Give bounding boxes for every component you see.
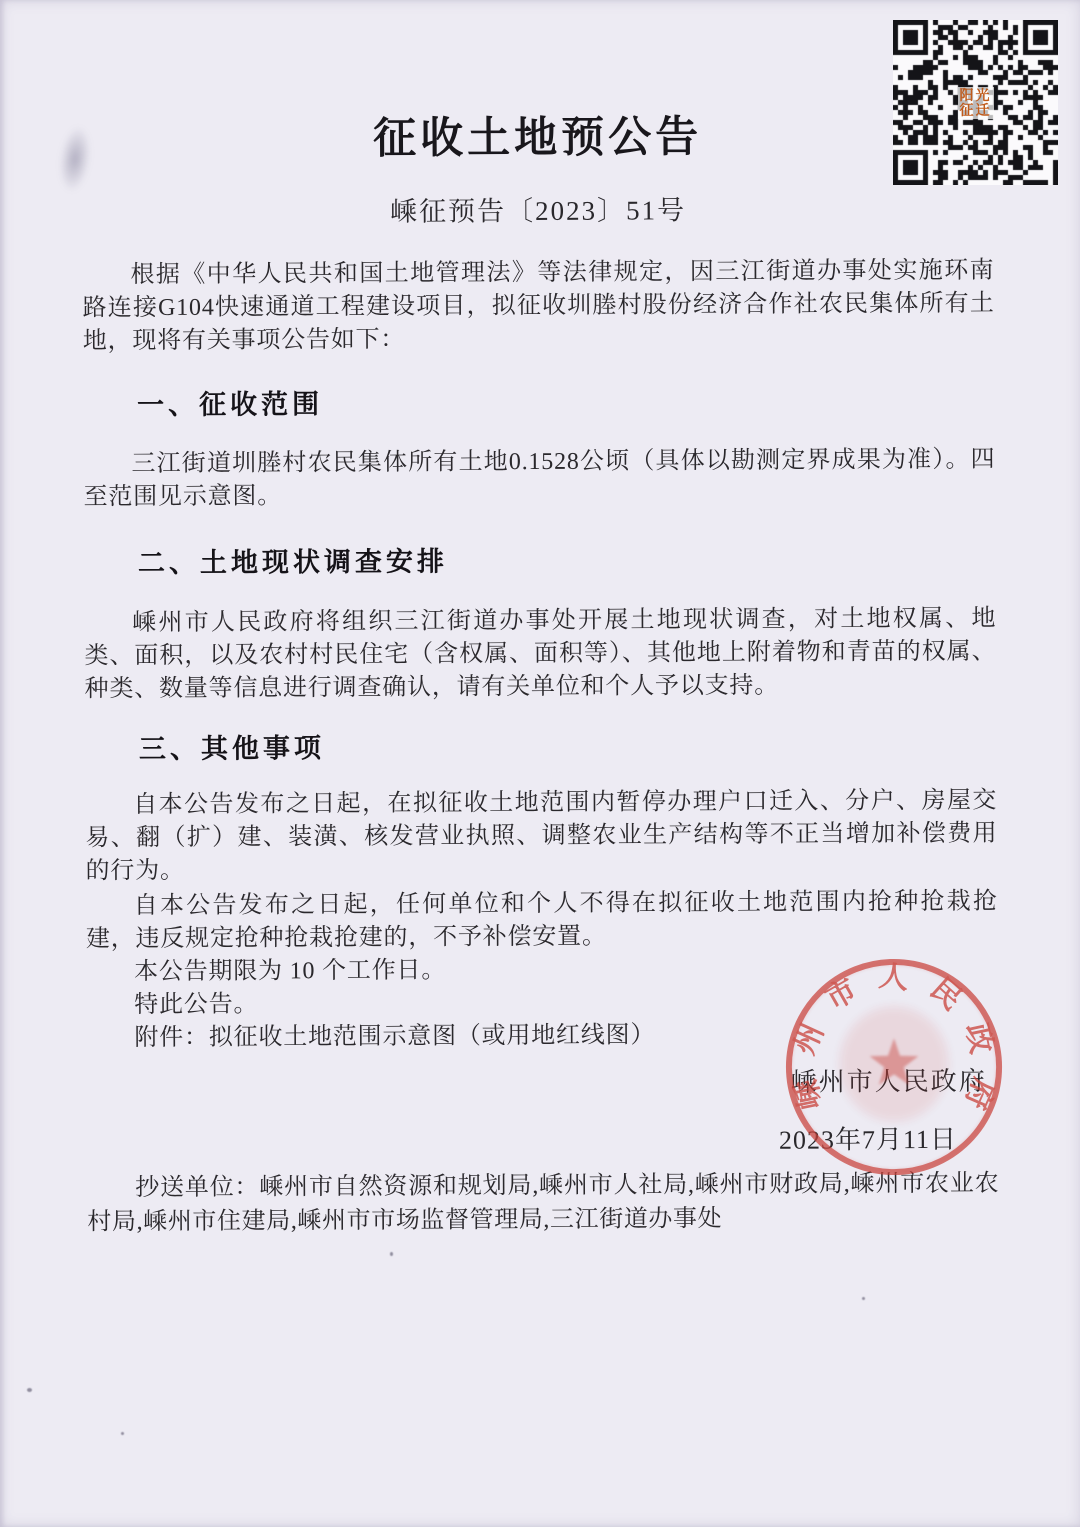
qr-center-label: 阳光 征迁 [958,87,994,119]
document-title: 征收土地预公告 [82,110,994,167]
section-2-heading: 二、土地现状调查安排 [84,542,996,581]
qr-code: 阳光 征迁 [893,20,1058,185]
scan-speck [390,1252,393,1256]
section-1-paragraph: 三江街道圳塍村农民集体所有土地0.1528公顷（具体以勘测定界成果为准）。四至范… [83,444,995,515]
scan-speck [862,1297,865,1300]
section-3-heading: 三、其他事项 [85,728,997,767]
scan-speck [27,1388,32,1392]
scan-speck [121,1432,124,1435]
document-content: 征收土地预公告 嵊征预告〔2023〕51号 根据《中华人民共和国土地管理法》等法… [0,0,1080,1527]
section-2-paragraph: 嵊州市人民政府将组织三江街道办事处开展土地现状调查，对土地权属、地类、面积，以及… [84,603,997,707]
scan-speck [757,306,759,309]
section-1-heading: 一、征收范围 [83,384,995,423]
section-3-paragraph-2: 自本公告发布之日起，任何单位和个人不得在拟征收土地范围内抢种抢栽抢建，违反规定抢… [86,886,998,957]
section-3-paragraph-1: 自本公告发布之日起，在拟征收土地范围内暂停办理户口迁入、分户、房屋交易、翻（扩）… [85,785,998,889]
intro-paragraph: 根据《中华人民共和国土地管理法》等法律规定，因三江街道办事处实施环南路连接G10… [82,255,995,359]
official-seal: 嵊州市人民政府 [780,953,1008,1181]
scanned-document-page: 阳光 征迁 嵊州市人民政府 征收土地预公告 嵊征预告〔2023〕51号 根据《中… [0,0,1080,1527]
document-number: 嵊征预告〔2023〕51号 [82,193,994,230]
qr-label-line2: 征迁 [960,103,992,118]
qr-label-line1: 阳光 [960,88,992,103]
